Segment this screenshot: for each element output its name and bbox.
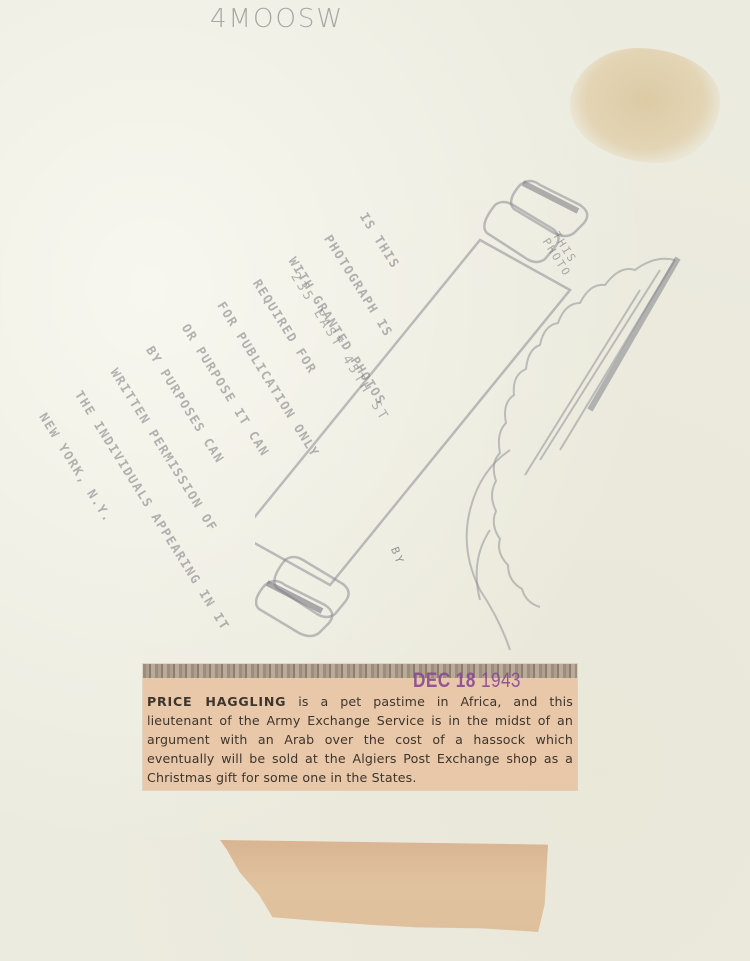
rights-line: OR PURPOSE IT CAN [179, 322, 424, 703]
date-month: DEC [413, 669, 451, 692]
rights-line: FOR PUBLICATION ONLY [214, 299, 459, 680]
rights-line: REQUIRED FOR [250, 277, 495, 658]
date-stamp: DEC 18 1943 [413, 669, 521, 693]
date-day: 18 [456, 669, 476, 692]
newspaper-clipping: DEC 18 1943 PRICE HAGGLING is a pet past… [143, 664, 577, 790]
pencil-archive-note: 4MOOSW [210, 4, 344, 34]
clipping-caption: PRICE HAGGLING is a pet pastime in Afric… [147, 692, 573, 787]
date-year: 1943 [481, 669, 521, 692]
caption-headline: PRICE HAGGLING [147, 694, 286, 709]
